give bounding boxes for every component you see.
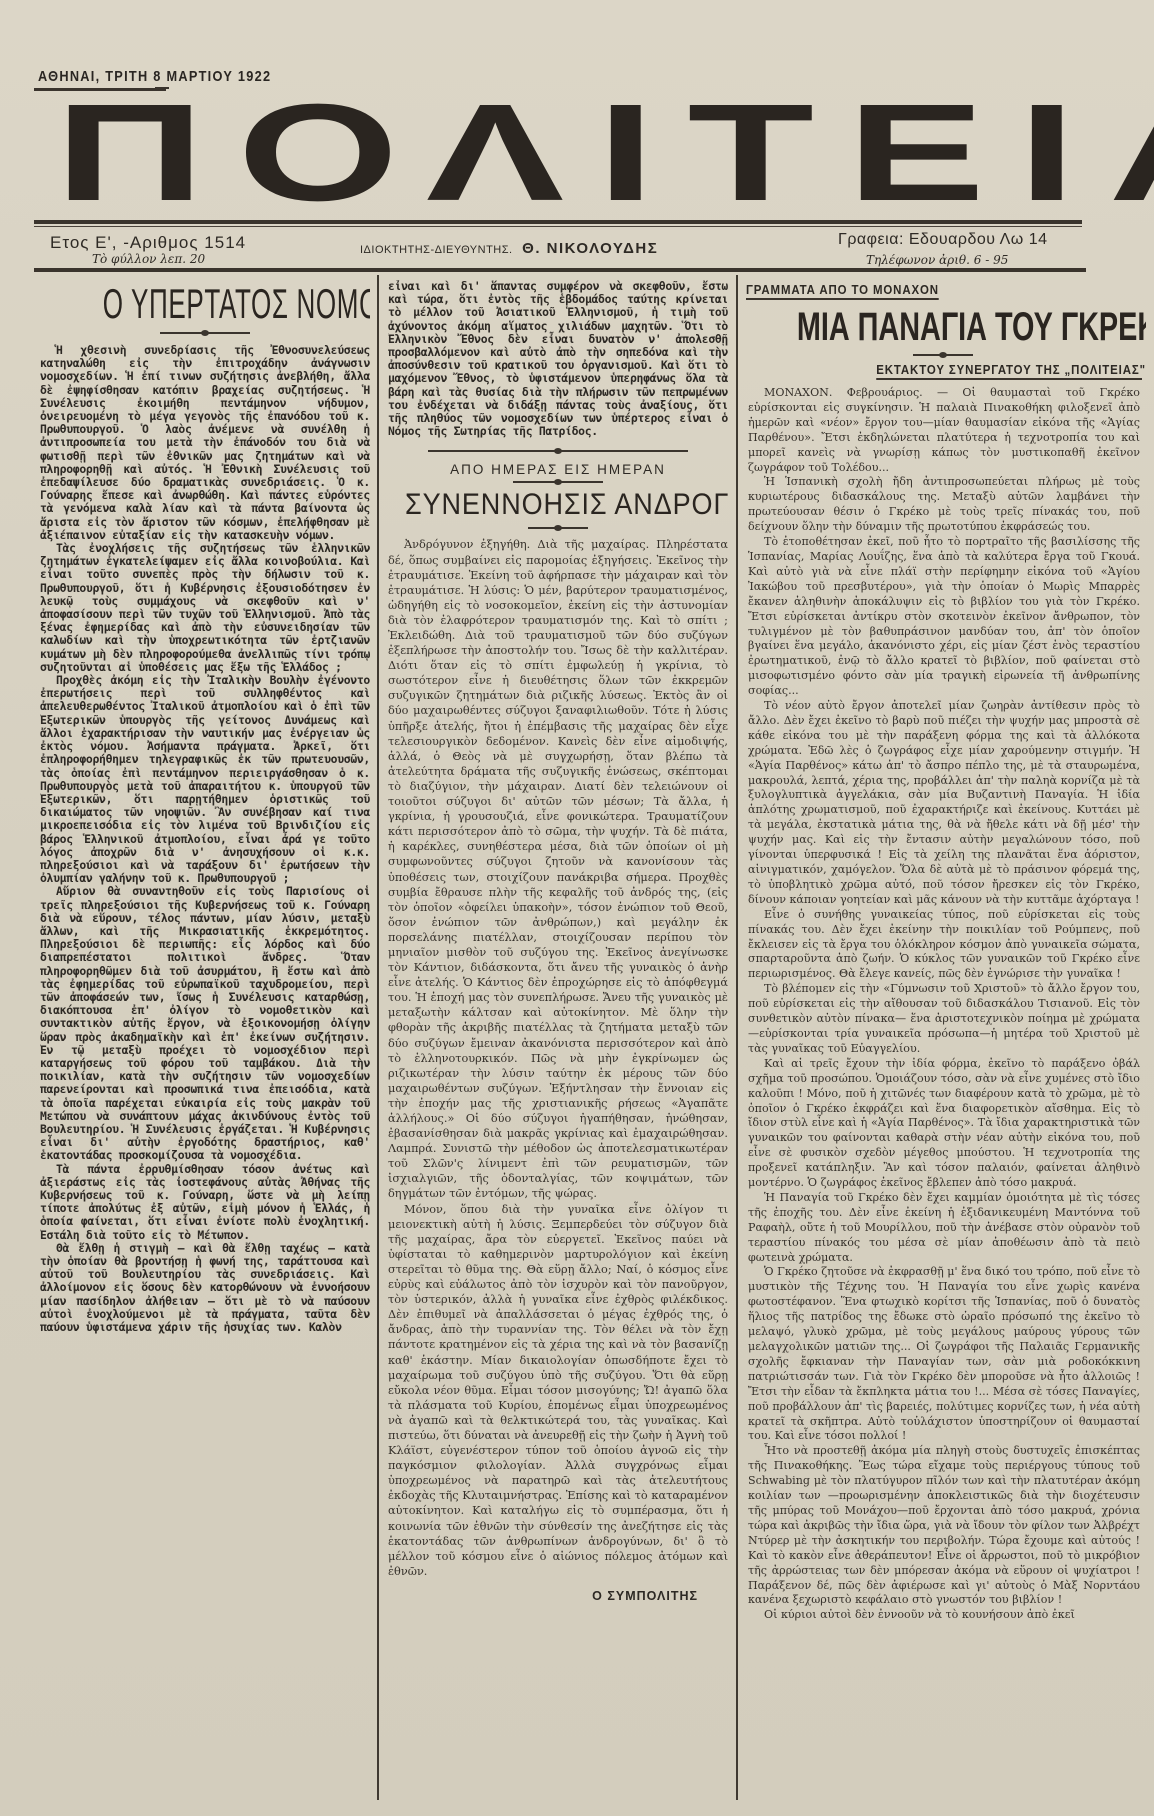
paragraph: Μόνον, ὅπου διὰ τὴν γυναῖκα εἶνε ὀλίγον … <box>388 1202 728 1579</box>
column-divider-2 <box>736 275 738 1800</box>
right-column: ΓΡΑΜΜΑΤΑ ΑΠΟ ΤΟ ΜΟΝΑΧΟΝ ΜΙΑ ΠΑΝΑΓΙΑ ΤΟΥ … <box>740 276 1146 1806</box>
paragraph: Θὰ ἔλθῃ ἡ στιγμὴ — καὶ θὰ ἔλθῃ ταχέως — … <box>40 1242 370 1334</box>
issue-price: Τὸ φύλλον λεπ. 20 <box>92 252 205 266</box>
left-article-body: Ἡ χθεσινὴ συνεδρίασις τῆς Ἐθνοσυνελεύσεω… <box>40 344 370 1334</box>
author-signature: Ο ΣΥΜΠΟΛΙΤΗΣ <box>388 1589 698 1603</box>
offices-address: Γραφεια: Εδουαρδου Λω 14 <box>838 231 1047 249</box>
paragraph: Τὰ πάντα ἐρρυθμίσθησαν τόσον ἀνέτως καὶ … <box>40 1163 370 1242</box>
paragraph: Τὸ νέον αὐτὸ ἔργον ἀποτελεῖ μίαν ζωηρὰν … <box>748 699 1140 908</box>
left-column: Ο ΥΠΕΡΤΑΤΟΣ ΝΟΜΟΣ Ἡ χθεσινὴ συνεδρίασις … <box>40 272 370 1807</box>
newspaper-title: ΠΟΛΙΤΕΙΑ <box>55 98 655 208</box>
paragraph: Ἡ Ἱσπανικὴ σχολὴ ἤδη ἀντιπροσωπεύεται πλ… <box>748 475 1140 535</box>
headline-ornament <box>913 354 973 356</box>
masthead-rule-top <box>34 220 1082 224</box>
paragraph: εἶναι καὶ δι' ἅπαντας συμφέρον νὰ σκεφθο… <box>388 280 728 438</box>
right-headline: ΜΙΑ ΠΑΝΑΓΙΑ ΤΟΥ ΓΚΡΕΚΟ <box>797 304 1089 350</box>
headline-ornament <box>528 527 588 529</box>
middle-headline: ΣΥΝΕΝΝΟΗΣΙΣ ΑΝΔΡΟΓΥΝΟΥ <box>405 487 711 523</box>
owner-name: Θ. ΝΙΚΟΛΟΥΔΗΣ <box>522 240 658 257</box>
paragraph: Προχθὲς ἀκόμη εἰς τὴν Ἰταλικὴν Βουλὴν ἐγ… <box>40 674 370 885</box>
paragraph: Ἦτο νὰ προστεθῇ ἀκόμα μία πληγὴ στοὺς δυ… <box>748 1444 1140 1608</box>
middle-column: εἶναι καὶ δι' ἅπαντας συμφέρον νὰ σκεφθο… <box>388 280 728 1800</box>
paragraph: Εἶνε ὁ συνήθης γυναικείας τύπος, ποῦ εὑρ… <box>748 908 1140 983</box>
kicker-ornament <box>513 481 603 483</box>
paragraph: Τὸ ἐτοποθέτησαν ἐκεῖ, ποῦ ἦτο τὸ πορτραῖ… <box>748 535 1140 699</box>
publisher-line: ΙΔΙΟΚΤΗΤΗΣ-ΔΙΕΥΘΥΝΤΗΣ. Θ. ΝΙΚΟΛΟΥΔΗΣ <box>360 240 658 257</box>
column-divider-1 <box>377 275 379 1800</box>
right-article-body: ΜΟΝΑΧΟΝ. Φεβρουάριος. — Οἱ θαυμασταὶ τοῦ… <box>740 386 1146 1623</box>
headline-ornament <box>160 332 250 334</box>
paragraph: ΜΟΝΑΧΟΝ. Φεβρουάριος. — Οἱ θαυμασταὶ τοῦ… <box>748 386 1140 475</box>
paragraph: Οἱ κύριοι αὐτοὶ δὲν ἐννοοῦν νὰ τὸ κουνήσ… <box>748 1608 1140 1623</box>
right-kicker: ΓΡΑΜΜΑΤΑ ΑΠΟ ΤΟ ΜΟΝΑΧΟΝ <box>746 282 939 300</box>
right-byline: ΕΚΤΑΚΤΟΥ ΣΥΝΕΡΓΑΤΟΥ ΤΗΣ „ΠΟΛΙΤΕΙΑΣ" <box>876 362 1142 380</box>
paragraph: Ἡ χθεσινὴ συνεδρίασις τῆς Ἐθνοσυνελεύσεω… <box>40 344 370 542</box>
paragraph: Ἡ Παναγία τοῦ Γκρέκο δὲν ἔχει καμμίαν ὁμ… <box>748 1191 1140 1266</box>
owner-label: ΙΔΙΟΚΤΗΤΗΣ-ΔΙΕΥΘΥΝΤΗΣ. <box>360 244 513 256</box>
section-ornament <box>428 450 688 452</box>
paragraph: Τὰς ἐνοχλήσεις τῆς συζητήσεως τῶν ἑλληνι… <box>40 542 370 674</box>
issue-number: Ετος Ε', -Αριθμος 1514 <box>50 233 246 253</box>
left-headline: Ο ΥΠΕΡΤΑΤΟΣ ΝΟΜΟΣ <box>103 280 308 328</box>
paragraph: Ὁ Γκρέκο ζητοῦσε νὰ ἐκφρασθῇ μ' ἕνα δικό… <box>748 1265 1140 1444</box>
paragraph: Ἀνδρόγυνον ἐξηγήθη. Διὰ τῆς μαχαίρας. Πλ… <box>388 537 728 1201</box>
phone-number: Τηλέφωνον ἀριθ. 6 - 95 <box>866 253 1008 267</box>
paragraph: Αὔριον θὰ συναντηθοῦν εἰς τοὺς Παρισίους… <box>40 885 370 1162</box>
middle-article-body: Ἀνδρόγυνον ἐξηγήθη. Διὰ τῆς μαχαίρας. Πλ… <box>388 537 728 1578</box>
newspaper-page: ΑΘΗΝΑΙ, ΤΡΙΤΗ 8 ΜΑΡΤΙΟΥ 1922 ΠΟΛΙΤΕΙΑ Ετ… <box>0 0 1154 1816</box>
paragraph: Τὸ βλέπομεν εἰς τὴν «Γύμνωσιν τοῦ Χριστο… <box>748 982 1140 1057</box>
masthead-rule-top-thin <box>34 226 1082 227</box>
continuation-body: εἶναι καὶ δι' ἅπαντας συμφέρον νὰ σκεφθο… <box>388 280 728 438</box>
paragraph: Καὶ αἱ τρεῖς ἔχουν τὴν ἰδία φόρμα, ἐκεῖν… <box>748 1057 1140 1191</box>
section-kicker: ΑΠΟ ΗΜΕΡΑΣ ΕΙΣ ΗΜΕΡΑΝ <box>388 462 728 477</box>
